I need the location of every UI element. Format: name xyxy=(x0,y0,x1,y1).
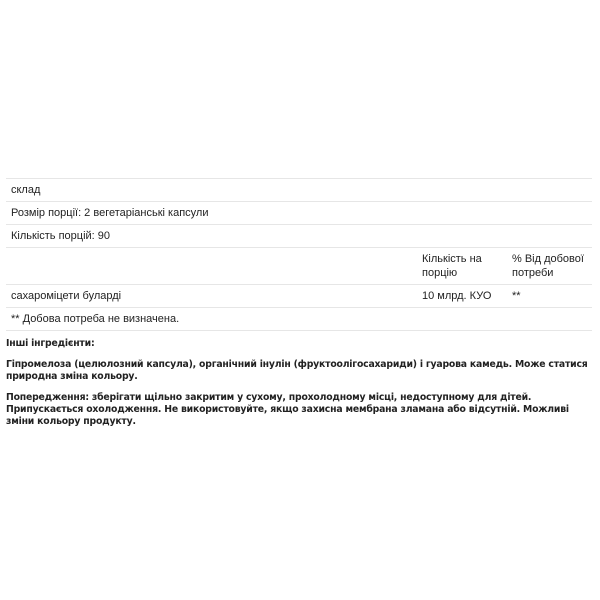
section-label-row: склад xyxy=(6,178,592,201)
ingredient-daily-value: ** xyxy=(512,285,592,307)
footnote-row: ** Добова потреба не визначена. xyxy=(6,307,592,331)
header-daily-value: % Від добової потреби xyxy=(512,248,592,280)
supplement-facts-table: склад Розмір порції: 2 вегетаріанські ка… xyxy=(6,178,592,331)
ingredient-amount: 10 млрд. КУО xyxy=(422,285,512,307)
ingredient-name: сахароміцети буларді xyxy=(6,285,422,307)
other-ingredients-text: Гіпромелоза (целюлозний капсула), органі… xyxy=(6,359,594,383)
ingredient-row: сахароміцети буларді 10 млрд. КУО ** xyxy=(6,284,592,307)
serving-size: Розмір порції: 2 вегетаріанські капсули xyxy=(11,202,209,224)
other-ingredients-heading: Інші інгредієнти: xyxy=(6,338,594,350)
section-label: склад xyxy=(11,179,40,201)
servings-per-container-row: Кількість порцій: 90 xyxy=(6,224,592,247)
servings-per-container: Кількість порцій: 90 xyxy=(11,225,110,247)
column-header-row: Кількість на порцію % Від добової потреб… xyxy=(6,247,592,284)
warning-text: Попередження: зберігати щільно закритим … xyxy=(6,392,594,428)
header-amount-per-serving: Кількість на порцію xyxy=(422,248,512,280)
serving-size-row: Розмір порції: 2 вегетаріанські капсули xyxy=(6,201,592,224)
additional-info: Інші інгредієнти: Гіпромелоза (целюлозни… xyxy=(6,338,594,437)
footnote: ** Добова потреба не визначена. xyxy=(11,308,179,330)
